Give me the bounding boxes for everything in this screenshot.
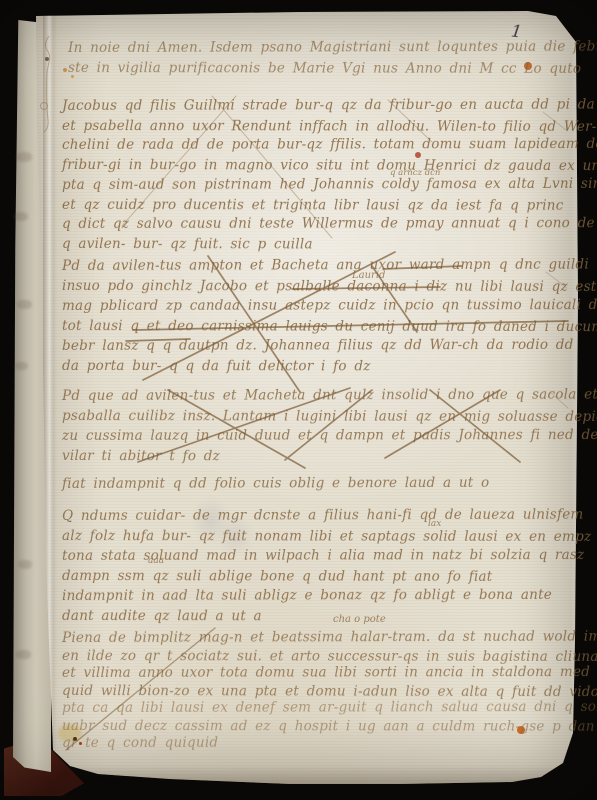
- faint-cross-stroke: [388, 100, 432, 142]
- cross-out-stroke: [285, 390, 372, 460]
- cross-out-stroke: [143, 252, 395, 380]
- faint-cross-stroke: [212, 96, 332, 238]
- strike-through-line: [383, 266, 462, 269]
- cross-out-stroke: [138, 388, 350, 462]
- paragraph-ring-mark: [41, 103, 48, 110]
- manuscript-photo: 1 In noie dni Amen. Isdem psano Magistri…: [0, 0, 597, 800]
- margin-scratch: [550, 392, 568, 408]
- cross-out-stroke: [66, 628, 215, 750]
- strike-through-line: [126, 339, 190, 341]
- margin-scratch: [543, 112, 566, 130]
- cross-out-stroke: [430, 390, 520, 462]
- cross-out-marks-layer: [0, 0, 597, 800]
- faint-cross-stroke: [122, 96, 236, 226]
- margin-scratch: [546, 272, 567, 288]
- strike-through-line: [133, 321, 568, 330]
- cross-out-stroke: [168, 390, 305, 468]
- margin-flourish: [44, 36, 50, 132]
- cross-out-stroke: [208, 256, 300, 392]
- strike-through-line: [292, 287, 440, 289]
- cross-out-stroke: [372, 266, 417, 332]
